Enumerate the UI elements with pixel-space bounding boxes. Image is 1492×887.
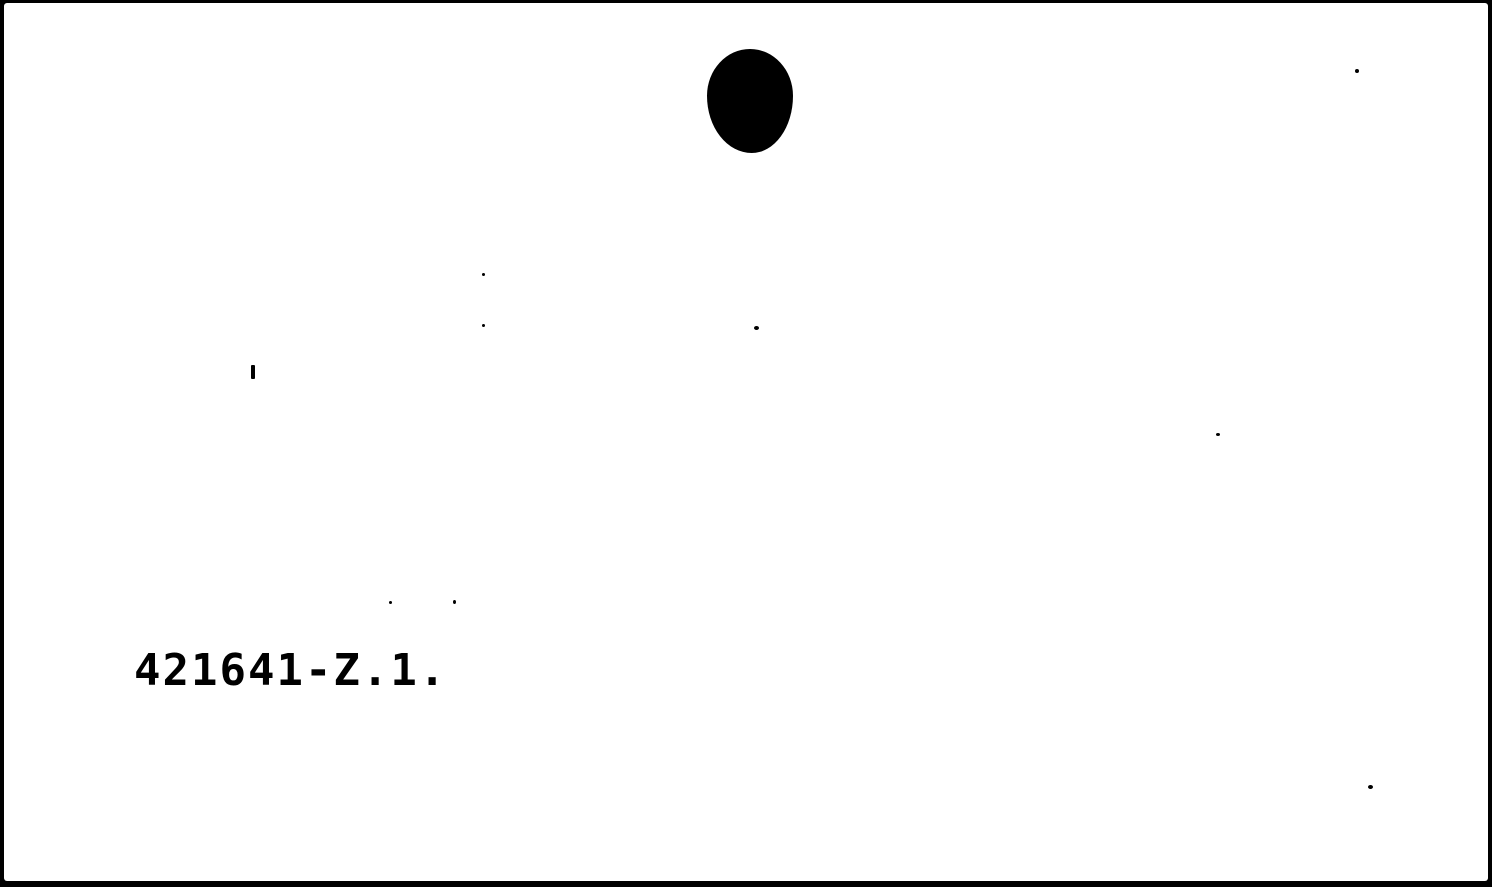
speck [482, 324, 485, 327]
speck [453, 600, 456, 604]
catalog-card: 421641-Z.1. [4, 3, 1488, 881]
speck [1368, 785, 1373, 789]
speck [1355, 69, 1359, 73]
speck [754, 326, 759, 330]
speck [482, 273, 485, 276]
speck [389, 601, 392, 604]
speck [251, 365, 255, 379]
call-number: 421641-Z.1. [134, 645, 447, 696]
punch-hole [707, 49, 793, 153]
speck [1216, 433, 1220, 436]
